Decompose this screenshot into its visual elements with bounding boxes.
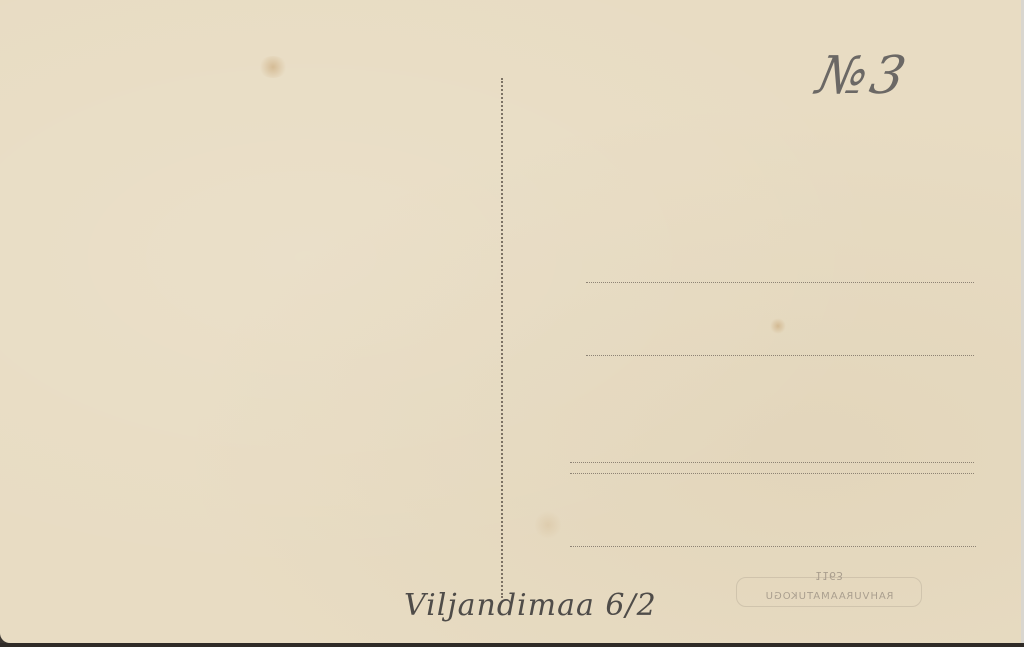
address-line-3: [570, 462, 974, 463]
handwritten-number-mark: №3: [812, 46, 915, 106]
handwritten-place-note: Viljandimaa 6/2: [404, 588, 657, 623]
stamp-number: 1163: [737, 569, 921, 582]
address-line-4: [570, 473, 974, 474]
paper-stain: [535, 510, 561, 540]
postcard-back: №3 Viljandimaa 6/2 1163 RAHVURAAMATUKOGU: [0, 0, 1021, 643]
paper-stain: [770, 318, 786, 334]
address-line-2: [586, 355, 974, 356]
paper-stain: [258, 56, 288, 78]
library-stamp: 1163 RAHVURAAMATUKOGU: [736, 577, 922, 607]
center-divider-dotted-line: [501, 78, 503, 598]
address-line-5: [570, 546, 976, 547]
stamp-text: RAHVURAAMATUKOGU: [737, 591, 921, 602]
address-line-1: [586, 282, 974, 283]
scan-edge-bottom: [0, 643, 1024, 647]
